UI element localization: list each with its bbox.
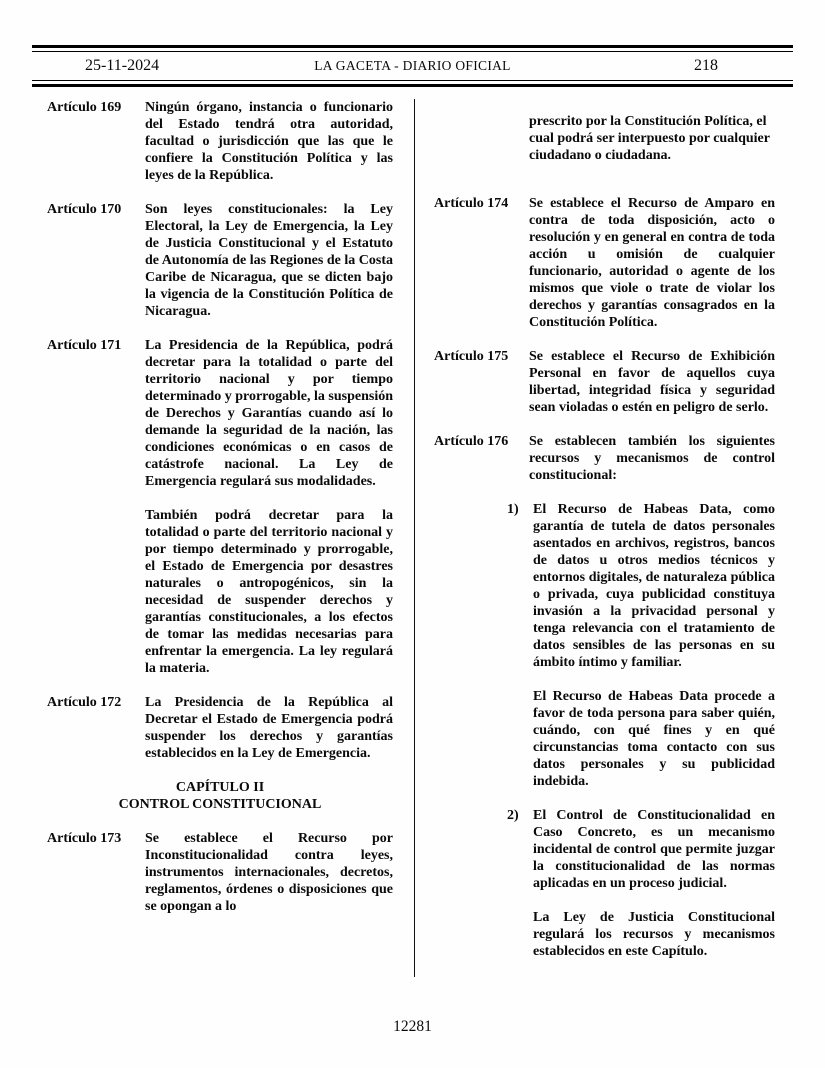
article-174-paragraph: Se establece el Recurso de Amparo en con… bbox=[529, 195, 775, 331]
article-172: Artículo 172 La Presidencia de la Repúbl… bbox=[47, 694, 393, 762]
left-column: Artículo 169 Ningún órgano, instancia o … bbox=[47, 99, 393, 977]
list-item-2-paragraph: El Control de Constitucionalidad en Caso… bbox=[533, 807, 775, 892]
article-173: Artículo 173 Se establece el Recurso por… bbox=[47, 830, 393, 915]
article-172-number: Artículo 172 bbox=[47, 694, 145, 762]
header-page-number: 218 bbox=[694, 52, 718, 80]
right-column: prescrito por la Constitución Política, … bbox=[434, 99, 775, 977]
article-173-body: Se establece el Recurso por Inconstituci… bbox=[145, 830, 393, 915]
article-176-intro-paragraph: Se establecen también los siguientes rec… bbox=[529, 433, 775, 484]
list-item-1-paragraph-2: El Recurso de Habeas Data procede a favo… bbox=[533, 688, 775, 790]
column-divider bbox=[414, 99, 415, 977]
article-170: Artículo 170 Son leyes constitucionales:… bbox=[47, 201, 393, 320]
article-171-paragraph-2: También podrá decretar para la totalidad… bbox=[145, 507, 393, 677]
article-170-body: Son leyes constitucionales: la Ley Elect… bbox=[145, 201, 393, 320]
list-item-2-text: El Control de Constitucionalidad en Caso… bbox=[533, 807, 775, 892]
header-top-rule-thick bbox=[32, 45, 793, 48]
article-170-number: Artículo 170 bbox=[47, 201, 145, 320]
article-173-paragraph: Se establece el Recurso por Inconstituci… bbox=[145, 830, 393, 915]
chapter-heading-number: CAPÍTULO II bbox=[47, 779, 393, 796]
article-175-number: Artículo 175 bbox=[434, 348, 529, 416]
page-header: 25-11-2024 LA GACETA - DIARIO OFICIAL 21… bbox=[0, 52, 825, 80]
list-item-1-number: 1) bbox=[507, 501, 533, 790]
article-170-paragraph: Son leyes constitucionales: la Ley Elect… bbox=[145, 201, 393, 320]
article-176: Artículo 176 Se establecen también los s… bbox=[434, 433, 775, 960]
list-item-1-paragraph-1: El Recurso de Habeas Data, como garantía… bbox=[533, 501, 775, 671]
article-172-body: La Presidencia de la República al Decret… bbox=[145, 694, 393, 762]
article-175: Artículo 175 Se establece el Recurso de … bbox=[434, 348, 775, 416]
paragraph-gap bbox=[434, 178, 775, 195]
list-item-1-text: El Recurso de Habeas Data, como garantía… bbox=[533, 501, 775, 790]
article-176-body: Se establecen también los siguientes rec… bbox=[529, 433, 775, 960]
article-174-number: Artículo 174 bbox=[434, 195, 529, 331]
list-item-2: 2) El Control de Constitucionalidad en C… bbox=[507, 807, 775, 892]
article-169: Artículo 169 Ningún órgano, instancia o … bbox=[47, 99, 393, 184]
article-175-body: Se establece el Recurso de Exhibición Pe… bbox=[529, 348, 775, 416]
article-173-continuation-paragraph: prescrito por la Constitución Política, … bbox=[529, 113, 775, 164]
article-169-body: Ningún órgano, instancia o funcionario d… bbox=[145, 99, 393, 184]
article-174: Artículo 174 Se establece el Recurso de … bbox=[434, 195, 775, 331]
article-176-closing-paragraph: La Ley de Justicia Constitucional regula… bbox=[533, 909, 775, 960]
article-171-number: Artículo 171 bbox=[47, 337, 145, 677]
article-171-paragraph-1: La Presidencia de la República, podrá de… bbox=[145, 337, 393, 490]
footer-page-code: 12281 bbox=[0, 1018, 825, 1036]
chapter-heading: CAPÍTULO II CONTROL CONSTITUCIONAL bbox=[47, 779, 393, 813]
article-169-paragraph: Ningún órgano, instancia o funcionario d… bbox=[145, 99, 393, 184]
document-body: Artículo 169 Ningún órgano, instancia o … bbox=[0, 87, 825, 977]
article-172-paragraph: La Presidencia de la República al Decret… bbox=[145, 694, 393, 762]
header-bottom-rule-thin bbox=[32, 80, 793, 81]
article-173-number: Artículo 173 bbox=[47, 830, 145, 915]
list-item-1: 1) El Recurso de Habeas Data, como garan… bbox=[507, 501, 775, 790]
gazette-page: 25-11-2024 LA GACETA - DIARIO OFICIAL 21… bbox=[0, 0, 825, 1068]
article-169-number: Artículo 169 bbox=[47, 99, 145, 184]
article-175-paragraph: Se establece el Recurso de Exhibición Pe… bbox=[529, 348, 775, 416]
chapter-heading-title: CONTROL CONSTITUCIONAL bbox=[47, 796, 393, 813]
article-174-body: Se establece el Recurso de Amparo en con… bbox=[529, 195, 775, 331]
article-171: Artículo 171 La Presidencia de la Repúbl… bbox=[47, 337, 393, 677]
article-176-closing: La Ley de Justicia Constitucional regula… bbox=[533, 909, 775, 960]
article-171-body: La Presidencia de la República, podrá de… bbox=[145, 337, 393, 677]
list-item-2-number: 2) bbox=[507, 807, 533, 892]
article-173-continuation: prescrito por la Constitución Política, … bbox=[529, 113, 775, 164]
